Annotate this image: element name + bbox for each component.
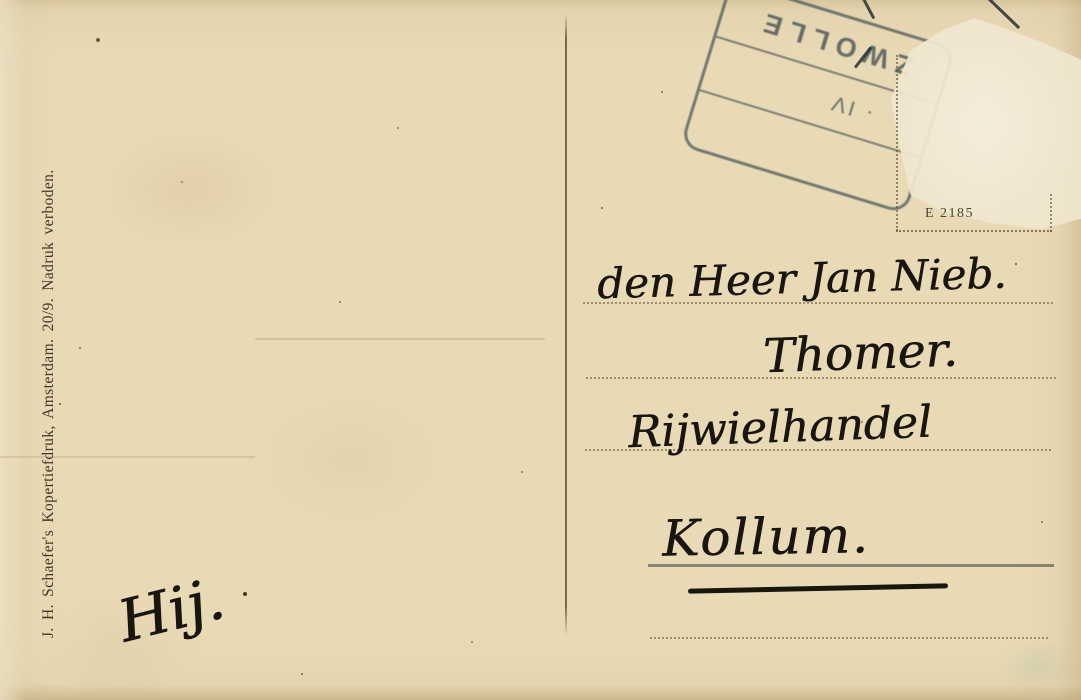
centre-divider-line [565,14,567,636]
stamp-box-right-edge [1050,194,1052,232]
address-line-1: den Heer Jan Nieb. [596,249,1007,309]
paper-crease [255,338,545,340]
address-rule-5 [650,637,1048,639]
foxing-specks [96,38,100,42]
address-line-4: Kollum. [662,506,871,568]
address-line-3: Rijwielhandel [627,397,932,459]
handwritten-annotation: Hij. [111,564,230,656]
stamp-box-left-edge [896,55,898,231]
stamp-box-code: E 2185 [925,206,974,222]
address-line-2: Thomer. [762,323,958,385]
postcard-back: J. H. Schaefer's Kopertiefdruk, Amsterda… [0,0,1081,700]
paper-crease [0,456,255,458]
address-line-4-underline [688,583,948,593]
publisher-imprint: J. H. Schaefer's Kopertiefdruk, Amsterda… [40,46,58,638]
pen-stroke [859,0,876,19]
stamp-box-bottom-edge [896,230,1052,232]
